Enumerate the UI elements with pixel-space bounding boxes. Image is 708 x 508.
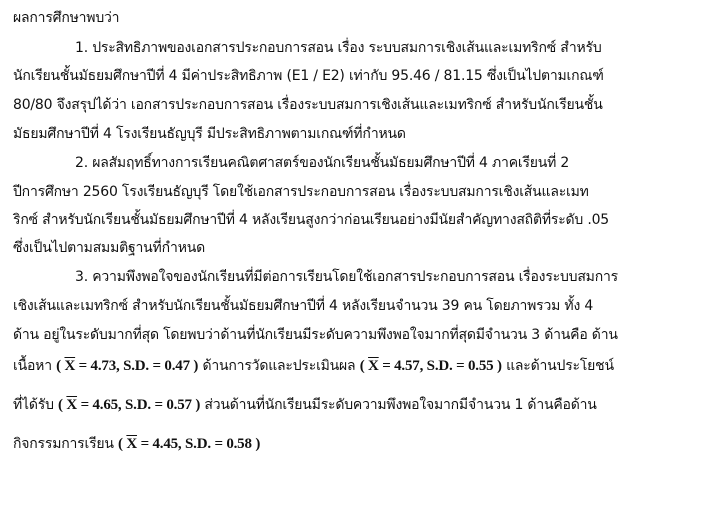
result-3-line-1: 3. ความพึงพอใจของนักเรียนที่มีต่อการเรีย… <box>75 267 618 287</box>
text: ส่วนด้านที่นักเรียนมีระดับความพึงพอใจมาก… <box>200 397 597 413</box>
result-3-line-2: เชิงเส้นและเมทริกซ์ สำหรับนักเรียนชั้นมั… <box>13 296 593 316</box>
result-1-line-1: 1. ประสิทธิภาพของเอกสารประกอบการสอน เรื่… <box>75 38 602 58</box>
text: ด้านการวัดและประเมินผล <box>198 358 359 374</box>
result-2-line-4: ซึ่งเป็นไปตามสมมติฐานที่กำหนด <box>13 238 205 258</box>
text: ที่ได้รับ <box>13 397 58 413</box>
result-2-line-1: 2. ผลสัมฤทธิ์ทางการเรียนคณิตศาสตร์ของนัก… <box>75 153 569 173</box>
section-heading: ผลการศึกษาพบว่า <box>13 8 119 28</box>
text: และด้านประโยชน์ <box>502 358 614 374</box>
result-2-line-2: ปีการศึกษา 2560 โรงเรียนธัญบุรี โดยใช้เอ… <box>13 182 589 202</box>
result-1-line-3: 80/80 จึงสรุปได้ว่า เอกสารประกอบการสอน เ… <box>13 95 603 115</box>
result-1-line-2: นักเรียนชั้นมัธยมศึกษาปีที่ 4 มีค่าประสิ… <box>13 66 604 86</box>
stat-content: ( X = 4.73, S.D. = 0.47 ) <box>56 358 198 374</box>
result-3-line-3: ด้าน อยู่ในระดับมากที่สุด โดยพบว่าด้านที… <box>13 325 618 345</box>
result-3-stats-line-1: เนื้อหา ( X = 4.73, S.D. = 0.47 ) ด้านกา… <box>13 356 614 376</box>
result-2-line-3: ริกซ์ สำหรับนักเรียนชั้นมัธยมศึกษาปีที่ … <box>13 210 609 230</box>
text: เนื้อหา <box>13 358 56 374</box>
stat-assessment: ( X = 4.57, S.D. = 0.55 ) <box>360 358 502 374</box>
stat-activity: ( X = 4.45, S.D. = 0.58 ) <box>118 436 260 452</box>
result-3-stats-line-3: กิจกรรมการเรียน ( X = 4.45, S.D. = 0.58 … <box>13 434 260 454</box>
result-3-stats-line-2: ที่ได้รับ ( X = 4.65, S.D. = 0.57 ) ส่วน… <box>13 395 597 415</box>
result-1-line-4: มัธยมศึกษาปีที่ 4 โรงเรียนธัญบุรี มีประส… <box>13 124 406 144</box>
text: กิจกรรมการเรียน <box>13 436 118 452</box>
stat-benefit: ( X = 4.65, S.D. = 0.57 ) <box>58 397 200 413</box>
